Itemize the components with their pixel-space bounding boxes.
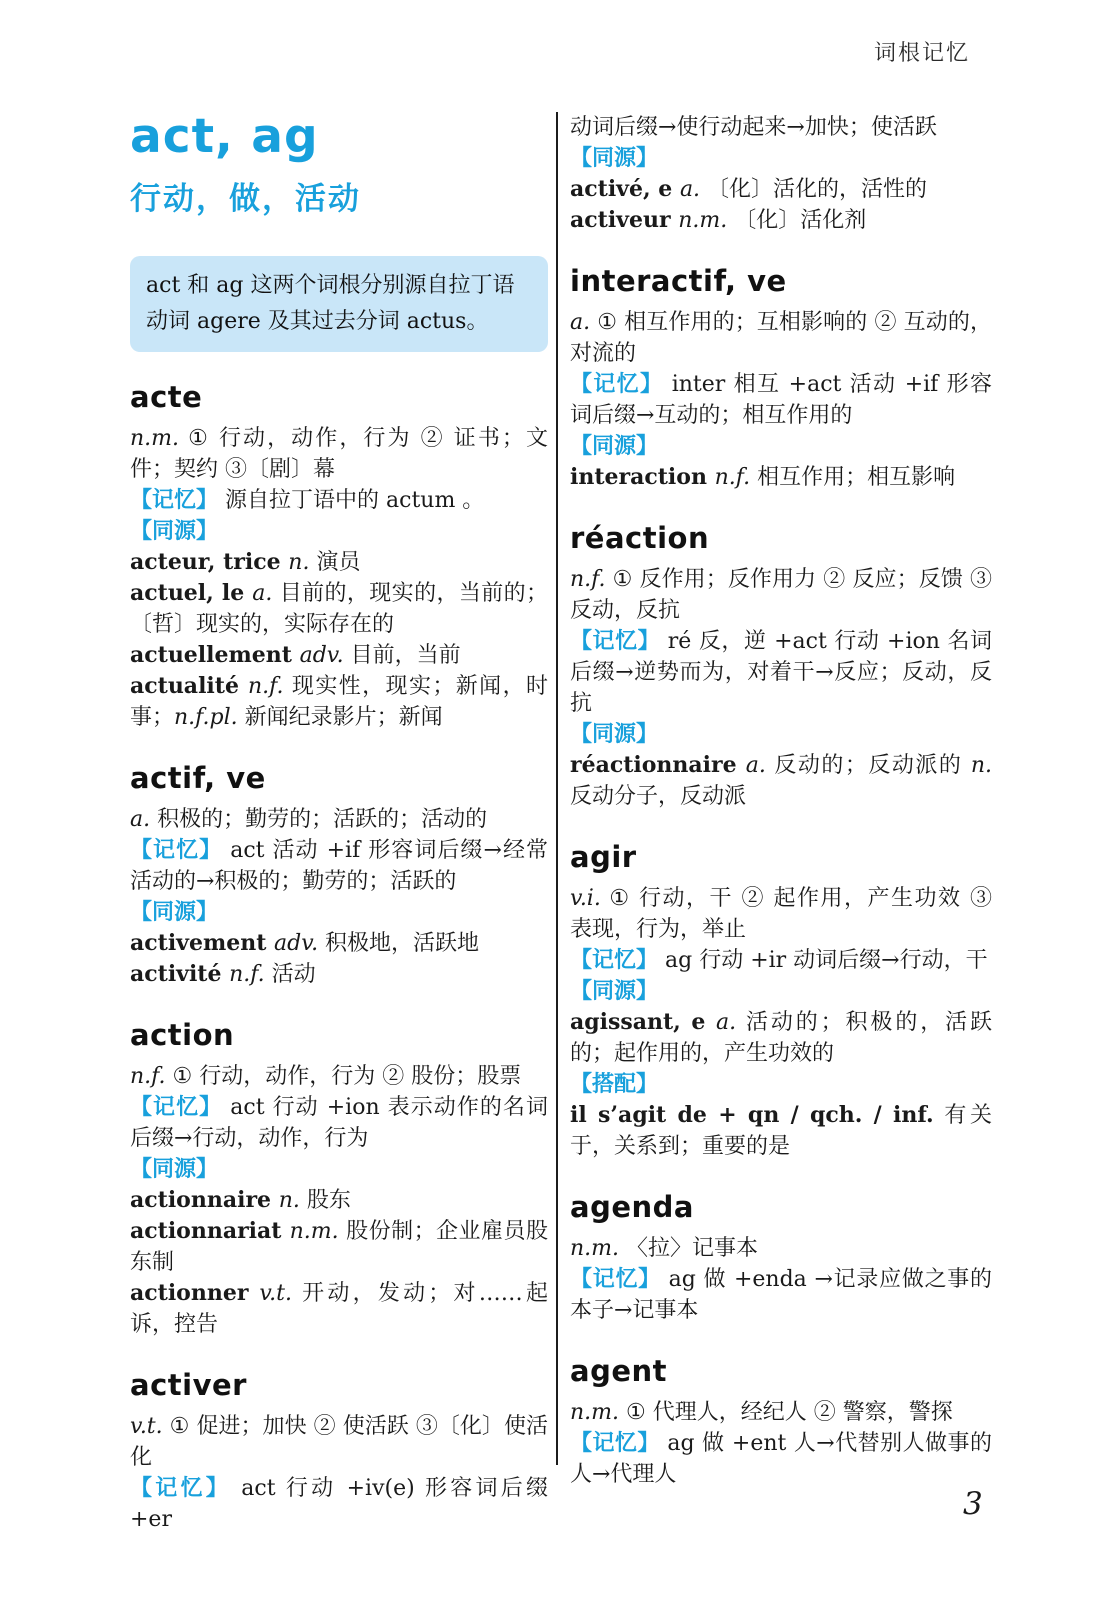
entry-line: acteur, trice n. 演员	[130, 547, 548, 578]
text-segment-pos: n.f.pl.	[174, 705, 238, 730]
text-segment-b: activité	[130, 961, 229, 987]
text-segment-tag: 【记忆】	[570, 1431, 660, 1456]
text-segment-b: actionnaire	[130, 1187, 279, 1213]
entry-interactif-ve: interactif, vea. ① 相互作用的；互相影响的 ② 互动的，对流的…	[570, 264, 992, 493]
entry-actif-ve: actif, vea. 积极的；勤劳的；活跃的；活动的【记忆】 act 活动 +…	[130, 761, 548, 990]
column-divider	[556, 112, 558, 1465]
entry-line: 【记忆】 act 活动 +if 形容词后缀→经常活动的→积极的；勤劳的；活跃的	[130, 835, 548, 897]
text-segment-tag: 【记忆】	[130, 488, 218, 513]
text-segment-n: 源自拉丁语中的 actum 。	[218, 488, 484, 513]
text-segment-pos: v.t.	[259, 1281, 292, 1306]
text-segment-n: ① 促进；加快 ② 使活跃 ③〔化〕使活化	[130, 1414, 548, 1470]
text-segment-pos: a.	[746, 753, 766, 778]
text-segment-tag: 【同源】	[570, 722, 658, 747]
text-segment-pos: a.	[570, 310, 590, 335]
entry-line: 【同源】	[130, 897, 548, 928]
entry-line: n.f. ① 行动，动作，行为 ② 股份；股票	[130, 1061, 548, 1092]
text-segment-pos: n.m.	[290, 1219, 339, 1244]
text-segment-tag: 【同源】	[570, 434, 658, 459]
entry-headword: agenda	[570, 1190, 992, 1224]
entry-agent: agentn.m. ① 代理人，经纪人 ② 警察，警探【记忆】 ag 做 +en…	[570, 1354, 992, 1490]
text-segment-n: 〈拉〉记事本	[619, 1236, 758, 1261]
entry-line: 【同源】	[130, 516, 548, 547]
entry-headword: action	[130, 1018, 548, 1052]
text-segment-tag: 【记忆】	[130, 1476, 231, 1501]
text-segment-n: ① 行动，动作，行为 ② 股份；股票	[166, 1064, 522, 1089]
root-meaning: 行动，做，活动	[130, 173, 548, 218]
text-segment-pos: a.	[252, 581, 272, 606]
text-segment-b: actualité	[130, 673, 248, 699]
entry-line: 【记忆】 inter 相互 +act 活动 +if 形容词后缀→互动的；相互作用…	[570, 369, 992, 431]
text-segment-b: agissant, e	[570, 1009, 716, 1035]
text-segment-tag: 【记忆】	[570, 372, 663, 397]
text-segment-b: activeur	[570, 207, 678, 233]
text-segment-pos: n.	[971, 753, 992, 778]
text-segment-n: 反动的；反动派的	[766, 753, 971, 778]
text-segment-pos: adv.	[300, 643, 344, 668]
text-segment-pos: n.	[288, 550, 309, 575]
text-segment-n: 股东	[300, 1188, 351, 1213]
entry-line: n.f. ① 反作用；反作用力 ② 反应；反馈 ③ 反动，反抗	[570, 564, 992, 626]
entry-agir: agirv.i. ① 行动，干 ② 起作用，产生功效 ③ 表现，行为，举止【记忆…	[570, 840, 992, 1162]
text-segment-n: ① 行动，干 ② 起作用，产生功效 ③ 表现，行为，举止	[570, 886, 992, 942]
text-segment-tag: 【同源】	[130, 519, 218, 544]
entry-line: 【记忆】 ag 做 +enda →记录应做之事的本子→记事本	[570, 1264, 992, 1326]
text-segment-tag: 【同源】	[570, 146, 658, 171]
entry-agenda: agendan.m. 〈拉〉记事本【记忆】 ag 做 +enda →记录应做之事…	[570, 1190, 992, 1326]
text-segment-pos: v.i.	[570, 886, 601, 911]
text-segment-b: activement	[130, 930, 274, 956]
text-segment-pos: n.f.	[248, 674, 284, 699]
entry-line: 【记忆】 act 行动 +ion 表示动作的名词后缀→行动，动作，行为	[130, 1092, 548, 1154]
root-note: act 和 ag 这两个词根分别源自拉丁语动词 agere 及其过去分词 act…	[130, 256, 548, 351]
entry-line: a. ① 相互作用的；互相影响的 ② 互动的，对流的	[570, 307, 992, 369]
entry-line: v.i. ① 行动，干 ② 起作用，产生功效 ③ 表现，行为，举止	[570, 883, 992, 945]
text-segment-b: actionnariat	[130, 1218, 290, 1244]
text-segment-n: 反动分子，反动派	[570, 784, 746, 809]
entry-line: n.m. ① 代理人，经纪人 ② 警察，警探	[570, 1397, 992, 1428]
entry-headword: actif, ve	[130, 761, 548, 795]
text-segment-pos: n.m.	[570, 1400, 619, 1425]
entry-headword: interactif, ve	[570, 264, 992, 298]
text-segment-pos: adv.	[274, 931, 318, 956]
entry-line: 【记忆】 源自拉丁语中的 actum 。	[130, 485, 548, 516]
root-title: act, ag	[130, 112, 548, 161]
text-segment-pos: v.t.	[130, 1414, 163, 1439]
text-segment-pos: n.f.	[570, 567, 606, 592]
text-segment-b: interaction	[570, 464, 715, 490]
text-segment-n: 相互作用；相互影响	[750, 465, 955, 490]
entry-line: il s’agit de + qn / qch. / inf. 有关于，关系到；…	[570, 1100, 992, 1162]
text-segment-n: 活动	[265, 962, 316, 987]
text-segment-tag: 【记忆】	[570, 629, 660, 654]
entry-line: activeur n.m. 〔化〕活化剂	[570, 205, 992, 236]
text-segment-tag: 【搭配】	[570, 1072, 658, 1097]
text-segment-pos: a.	[716, 1010, 736, 1035]
text-segment-pos: n.m.	[130, 426, 179, 451]
entry-line: a. 积极的；勤劳的；活跃的；活动的	[130, 804, 548, 835]
entry-line: interaction n.f. 相互作用；相互影响	[570, 462, 992, 493]
text-segment-n: ① 行动，动作，行为 ② 证书；文件；契约 ③〔剧〕幕	[130, 426, 548, 482]
left-column-entries: acten.m. ① 行动，动作，行为 ② 证书；文件；契约 ③〔剧〕幕【记忆】…	[130, 380, 548, 1535]
entry-headword: acte	[130, 380, 548, 414]
entry-line: 【记忆】 ag 行动 +ir 动词后缀→行动，干	[570, 945, 992, 976]
right-column: 动词后缀→使行动起来→加快；使活跃【同源】activé, e a. 〔化〕活化的…	[570, 112, 992, 1490]
text-segment-pos: n.f.	[715, 465, 751, 490]
entry-line: actionnariat n.m. 股份制；企业雇员股东制	[130, 1216, 548, 1278]
text-segment-n: 演员	[309, 550, 360, 575]
entry-line: 【记忆】 ag 做 +ent 人→代替别人做事的人→代理人	[570, 1428, 992, 1490]
text-segment-n: 新闻纪录影片；新闻	[238, 705, 443, 730]
entry-line: n.m. ① 行动，动作，行为 ② 证书；文件；契约 ③〔剧〕幕	[130, 423, 548, 485]
text-segment-tag: 【记忆】	[570, 1267, 661, 1292]
text-segment-pos: n.m.	[570, 1236, 619, 1261]
entry-line: 【记忆】 act 行动 +iv(e) 形容词后缀 +er	[130, 1473, 548, 1535]
text-segment-pos: a.	[130, 807, 150, 832]
text-segment-n: ① 反作用；反作用力 ② 反应；反馈 ③ 反动，反抗	[570, 567, 992, 623]
text-segment-tag: 【同源】	[570, 979, 658, 1004]
text-segment-n: ① 代理人，经纪人 ② 警察，警探	[619, 1400, 953, 1425]
text-segment-pos: a.	[680, 177, 700, 202]
entry-line: activement adv. 积极地，活跃地	[130, 928, 548, 959]
entry-line: 【同源】	[570, 431, 992, 462]
entry-line: 【记忆】 ré 反，逆 +act 行动 +ion 名词后缀→逆势而为，对着干→反…	[570, 626, 992, 719]
entry-line: 【同源】	[570, 143, 992, 174]
page-number: 3	[963, 1486, 983, 1522]
text-segment-n: 〔化〕活化的，活性的	[700, 177, 927, 202]
entry-line: actionner v.t. 开动，发动；对……起诉，控告	[130, 1278, 548, 1340]
entry-activer: activerv.t. ① 促进；加快 ② 使活跃 ③〔化〕使活化【记忆】 ac…	[130, 1368, 548, 1535]
entry-line: agissant, e a. 活动的；积极的，活跃的；起作用的，产生功效的	[570, 1007, 992, 1069]
entry-line: n.m. 〈拉〉记事本	[570, 1233, 992, 1264]
entry-action: actionn.f. ① 行动，动作，行为 ② 股份；股票【记忆】 act 行动…	[130, 1018, 548, 1340]
text-segment-b: acteur, trice	[130, 549, 288, 575]
text-segment-b: il s’agit de + qn / qch. / inf.	[570, 1102, 934, 1128]
text-segment-pos: n.f.	[229, 962, 265, 987]
entry-line: v.t. ① 促进；加快 ② 使活跃 ③〔化〕使活化	[130, 1411, 548, 1473]
text-segment-tag: 【记忆】	[130, 838, 222, 863]
entry-line: actionnaire n. 股东	[130, 1185, 548, 1216]
text-segment-tag: 【同源】	[130, 1157, 218, 1182]
entry-line: 【搭配】	[570, 1069, 992, 1100]
entry-headword: agir	[570, 840, 992, 874]
entry-line: actuel, le a. 目前的，现实的，当前的；〔哲〕现实的，实际存在的	[130, 578, 548, 640]
text-segment-b: actuel, le	[130, 580, 252, 606]
entry-line: actuellement adv. 目前，当前	[130, 640, 548, 671]
entry-line: activité n.f. 活动	[130, 959, 548, 990]
text-segment-tag: 【记忆】	[570, 948, 658, 973]
text-segment-b: actuellement	[130, 642, 300, 668]
page-header-label: 词根记忆	[874, 36, 970, 67]
text-segment-n: 动词后缀→使行动起来→加快；使活跃	[570, 115, 937, 140]
entry-headword: activer	[130, 1368, 548, 1402]
text-segment-b: activé, e	[570, 176, 680, 202]
entry-r-action: réactionn.f. ① 反作用；反作用力 ② 反应；反馈 ③ 反动，反抗【…	[570, 521, 992, 812]
entry-line: 【同源】	[570, 719, 992, 750]
text-segment-n: 目前，当前	[344, 643, 461, 668]
entry-headword: réaction	[570, 521, 992, 555]
entry-line: actualité n.f. 现实性，现实；新闻，时事；n.f.pl. 新闻纪录…	[130, 671, 548, 733]
text-segment-b: réactionnaire	[570, 752, 746, 778]
text-segment-n: ① 相互作用的；互相影响的 ② 互动的，对流的	[570, 310, 992, 366]
text-segment-b: actionner	[130, 1280, 259, 1306]
entry-line: 【同源】	[130, 1154, 548, 1185]
entry-continuation: 动词后缀→使行动起来→加快；使活跃【同源】activé, e a. 〔化〕活化的…	[570, 112, 992, 236]
text-segment-n: 积极的；勤劳的；活跃的；活动的	[150, 807, 487, 832]
entry-line: 【同源】	[570, 976, 992, 1007]
text-segment-pos: n.f.	[130, 1064, 166, 1089]
left-column: act, ag 行动，做，活动 act 和 ag 这两个词根分别源自拉丁语动词 …	[130, 112, 548, 1535]
text-segment-tag: 【记忆】	[130, 1095, 222, 1120]
entry-line: 动词后缀→使行动起来→加快；使活跃	[570, 112, 992, 143]
text-segment-n: 〔化〕活化剂	[727, 208, 866, 233]
entry-headword: agent	[570, 1354, 992, 1388]
entry-acte: acten.m. ① 行动，动作，行为 ② 证书；文件；契约 ③〔剧〕幕【记忆】…	[130, 380, 548, 733]
entry-line: réactionnaire a. 反动的；反动派的 n. 反动分子，反动派	[570, 750, 992, 812]
text-segment-n: 积极地，活跃地	[318, 931, 479, 956]
entry-line: activé, e a. 〔化〕活化的，活性的	[570, 174, 992, 205]
text-segment-n: ag 行动 +ir 动词后缀→行动，干	[658, 948, 988, 973]
right-column-entries: 动词后缀→使行动起来→加快；使活跃【同源】activé, e a. 〔化〕活化的…	[570, 112, 992, 1490]
text-segment-pos: n.m.	[678, 208, 727, 233]
text-segment-tag: 【同源】	[130, 900, 218, 925]
page: 词根记忆 act, ag 行动，做，活动 act 和 ag 这两个词根分别源自拉…	[0, 0, 1103, 1599]
text-segment-pos: n.	[279, 1188, 300, 1213]
